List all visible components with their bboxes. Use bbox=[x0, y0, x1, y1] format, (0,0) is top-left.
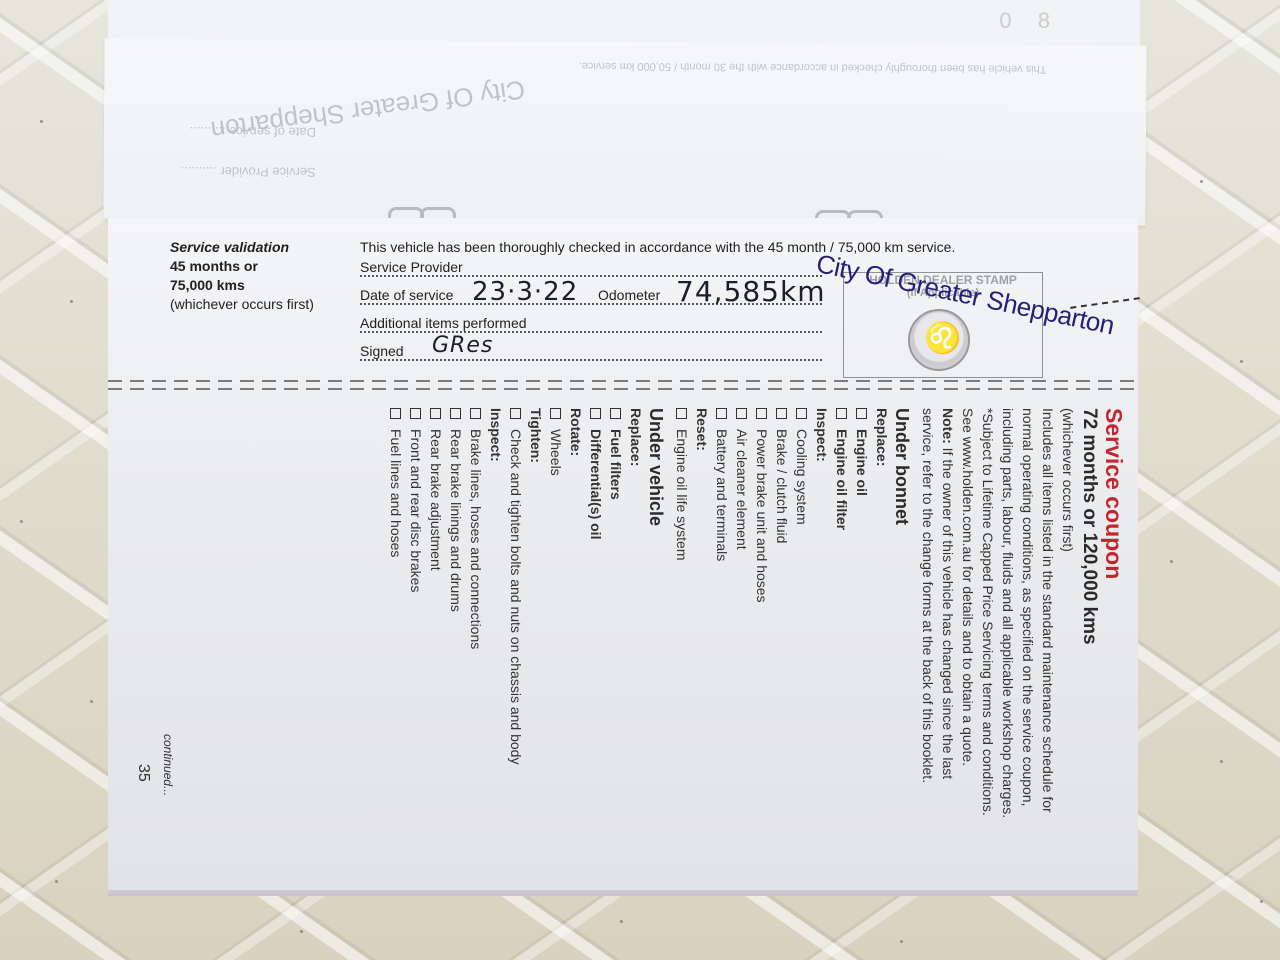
checklist-label: Cooling system bbox=[792, 429, 812, 525]
odometer-value: 74,585km bbox=[676, 275, 825, 308]
validation-heading: Service validation bbox=[170, 238, 314, 257]
checklist-item[interactable]: Engine oil bbox=[852, 408, 872, 818]
service-validation-section: Service validation 45 months or 75,000 k… bbox=[108, 218, 1138, 378]
floor-speck bbox=[1170, 560, 1173, 563]
validation-kms: 75,000 kms bbox=[170, 276, 314, 295]
checklist-item[interactable]: Fuel filters bbox=[606, 408, 626, 818]
service-booklet-page: Service validation 45 months or 75,000 k… bbox=[108, 218, 1138, 890]
checklist-item[interactable]: Battery and terminals bbox=[712, 408, 732, 818]
floor-speck bbox=[70, 300, 73, 303]
checklist-item[interactable]: Fuel lines and hoses bbox=[386, 408, 406, 818]
floor-speck bbox=[300, 930, 303, 933]
checkbox[interactable] bbox=[511, 408, 522, 419]
rotate-label: Rotate: bbox=[566, 408, 586, 818]
floor-speck bbox=[90, 700, 93, 703]
checklist-item[interactable]: Engine oil life system bbox=[672, 408, 692, 818]
coupon-content: Service coupon 72 months or 120,000 kms … bbox=[108, 394, 1138, 890]
description-line: *Subject to Lifetime Capped Price Servic… bbox=[978, 408, 998, 818]
coupon-interval: 72 months or 120,000 kms bbox=[1078, 408, 1100, 818]
checklist-label: Power brake unit and hoses bbox=[752, 429, 772, 603]
checklist-label: Engine oil bbox=[852, 429, 872, 496]
description-line: See www.holden.com.au for details and to… bbox=[958, 408, 978, 818]
checklist-label: Brake lines, hoses and connections bbox=[466, 429, 486, 649]
checkbox[interactable] bbox=[857, 408, 868, 419]
checklist-item[interactable]: Power brake unit and hoses bbox=[752, 408, 772, 818]
reset-label: Reset: bbox=[692, 408, 712, 818]
description-line: including parts, labour, fluids and all … bbox=[998, 408, 1018, 818]
dotted-line bbox=[360, 331, 822, 333]
checkbox[interactable] bbox=[737, 408, 748, 419]
checklist-item[interactable]: Check and tighten bolts and nuts on chas… bbox=[506, 408, 526, 818]
inspect-label: Inspect: bbox=[812, 408, 832, 818]
note-line-2: service, refer to the change forms at th… bbox=[918, 408, 938, 818]
checklist-item[interactable]: Cooling system bbox=[792, 408, 812, 818]
note-label: Note: bbox=[940, 408, 956, 444]
coupon-description: Includes all items listed in the standar… bbox=[958, 408, 1058, 818]
service-coupon-section: Service coupon 72 months or 120,000 kms … bbox=[108, 394, 1138, 890]
checklist-label: Front and rear disc brakes bbox=[406, 429, 426, 592]
holden-lion-icon: ♌ bbox=[908, 309, 970, 371]
tighten-label: Tighten: bbox=[526, 408, 546, 818]
floor-speck bbox=[620, 920, 623, 923]
checklist-label: Fuel filters bbox=[606, 429, 626, 500]
under-bonnet-heading: Under bonnet bbox=[892, 408, 912, 818]
validation-intro: This vehicle has been thoroughly checked… bbox=[360, 239, 955, 255]
checkbox[interactable] bbox=[591, 408, 602, 419]
checklist-item[interactable]: Air cleaner element bbox=[732, 408, 752, 818]
checkbox[interactable] bbox=[777, 408, 788, 419]
checkbox[interactable] bbox=[611, 408, 622, 419]
checkbox[interactable] bbox=[837, 408, 848, 419]
signed-label: Signed bbox=[360, 343, 404, 359]
checklist-label: Air cleaner element bbox=[732, 429, 752, 550]
checkbox[interactable] bbox=[717, 408, 728, 419]
checklist-label: Fuel lines and hoses bbox=[386, 429, 406, 557]
signed-field[interactable]: Signed GRes bbox=[360, 343, 822, 367]
description-line: normal operating conditions, as specifie… bbox=[1018, 408, 1038, 818]
checklist-label: Engine oil filter bbox=[832, 429, 852, 530]
continued-label: continued... bbox=[158, 734, 178, 796]
checklist-label: Engine oil life system bbox=[672, 429, 692, 561]
checklist-label: Brake / clutch fluid bbox=[772, 429, 792, 543]
floor-speck bbox=[40, 120, 43, 123]
floor-speck bbox=[55, 880, 58, 883]
odometer-label: Odometer bbox=[598, 287, 660, 303]
checkbox[interactable] bbox=[797, 408, 808, 419]
floor-speck bbox=[1260, 900, 1263, 903]
checkbox[interactable] bbox=[677, 408, 688, 419]
description-line: Includes all items listed in the standar… bbox=[1038, 408, 1058, 818]
floor-speck bbox=[900, 940, 903, 943]
additional-items-label: Additional items performed bbox=[360, 315, 527, 331]
checklist-item[interactable]: Brake lines, hoses and connections bbox=[466, 408, 486, 818]
checklist-item[interactable]: Brake / clutch fluid bbox=[772, 408, 792, 818]
service-provider-label: Service Provider bbox=[360, 259, 463, 275]
floor-speck bbox=[1200, 180, 1203, 183]
floor-speck bbox=[1240, 360, 1243, 363]
checklist-label: Rear brake adjustment bbox=[426, 429, 446, 571]
signature: GRes bbox=[432, 333, 493, 358]
checkbox[interactable] bbox=[551, 408, 562, 419]
checklist-label: Check and tighten bolts and nuts on chas… bbox=[506, 429, 526, 764]
inspect-label: Inspect: bbox=[486, 408, 506, 818]
checkbox[interactable] bbox=[431, 408, 442, 419]
under-bonnet-section: Under bonnetReplace:Engine oilEngine oil… bbox=[672, 408, 912, 818]
checkbox[interactable] bbox=[391, 408, 402, 419]
dotted-line bbox=[360, 359, 822, 361]
under-vehicle-heading: Under vehicle bbox=[646, 408, 666, 818]
checklist-label: Wheels bbox=[546, 429, 566, 476]
checklist-label: Rear brake linings and drums bbox=[446, 429, 466, 612]
checkbox[interactable] bbox=[757, 408, 768, 419]
floor-speck bbox=[1220, 760, 1223, 763]
coupon-whichever: (whichever occurs first) bbox=[1058, 408, 1078, 818]
checklist-label: Battery and terminals bbox=[712, 429, 732, 561]
coupon-header: Service coupon 72 months or 120,000 kms … bbox=[386, 408, 1128, 818]
coupon-title: Service coupon bbox=[1100, 408, 1128, 818]
checklist-item[interactable]: Rear brake adjustment bbox=[426, 408, 446, 818]
date-value: 23·3·22 bbox=[472, 277, 578, 307]
bleed-through-text: Service Provider .......... Date of serv… bbox=[103, 38, 1146, 225]
additional-items-field[interactable]: Additional items performed bbox=[360, 315, 822, 339]
validation-interval: Service validation 45 months or 75,000 k… bbox=[170, 238, 314, 314]
replace-label: Replace: bbox=[626, 408, 646, 818]
checkbox[interactable] bbox=[411, 408, 422, 419]
page-number: 35 bbox=[133, 764, 153, 782]
replace-label: Replace: bbox=[872, 408, 892, 818]
checklist-item[interactable]: Engine oil filter bbox=[832, 408, 852, 818]
checklist-item[interactable]: Wheels bbox=[546, 408, 566, 818]
checklist-item[interactable]: Front and rear disc brakes bbox=[406, 408, 426, 818]
under-vehicle-section: Under vehicleReplace:Fuel filtersDiffere… bbox=[386, 408, 666, 818]
date-odometer-field[interactable]: Date of service 23·3·22 Odometer 74,585k… bbox=[360, 287, 822, 311]
floor-speck bbox=[20, 520, 23, 523]
coupon-note: Note: If the owner of this vehicle has c… bbox=[938, 408, 958, 818]
checklist-item[interactable]: Differential(s) oil bbox=[586, 408, 606, 818]
checklist-label: Differential(s) oil bbox=[586, 429, 606, 539]
checkbox[interactable] bbox=[471, 408, 482, 419]
note-line: If the owner of this vehicle has changed… bbox=[940, 444, 956, 779]
checkbox[interactable] bbox=[451, 408, 462, 419]
rotated-coupon: Service coupon 72 months or 120,000 kms … bbox=[108, 394, 1138, 890]
validation-whichever: (whichever occurs first) bbox=[170, 295, 314, 314]
date-label: Date of service bbox=[360, 287, 453, 303]
validation-months: 45 months or bbox=[170, 257, 314, 276]
folded-flap: Service Provider .......... Date of serv… bbox=[103, 38, 1146, 225]
checklist-item[interactable]: Rear brake linings and drums bbox=[446, 408, 466, 818]
